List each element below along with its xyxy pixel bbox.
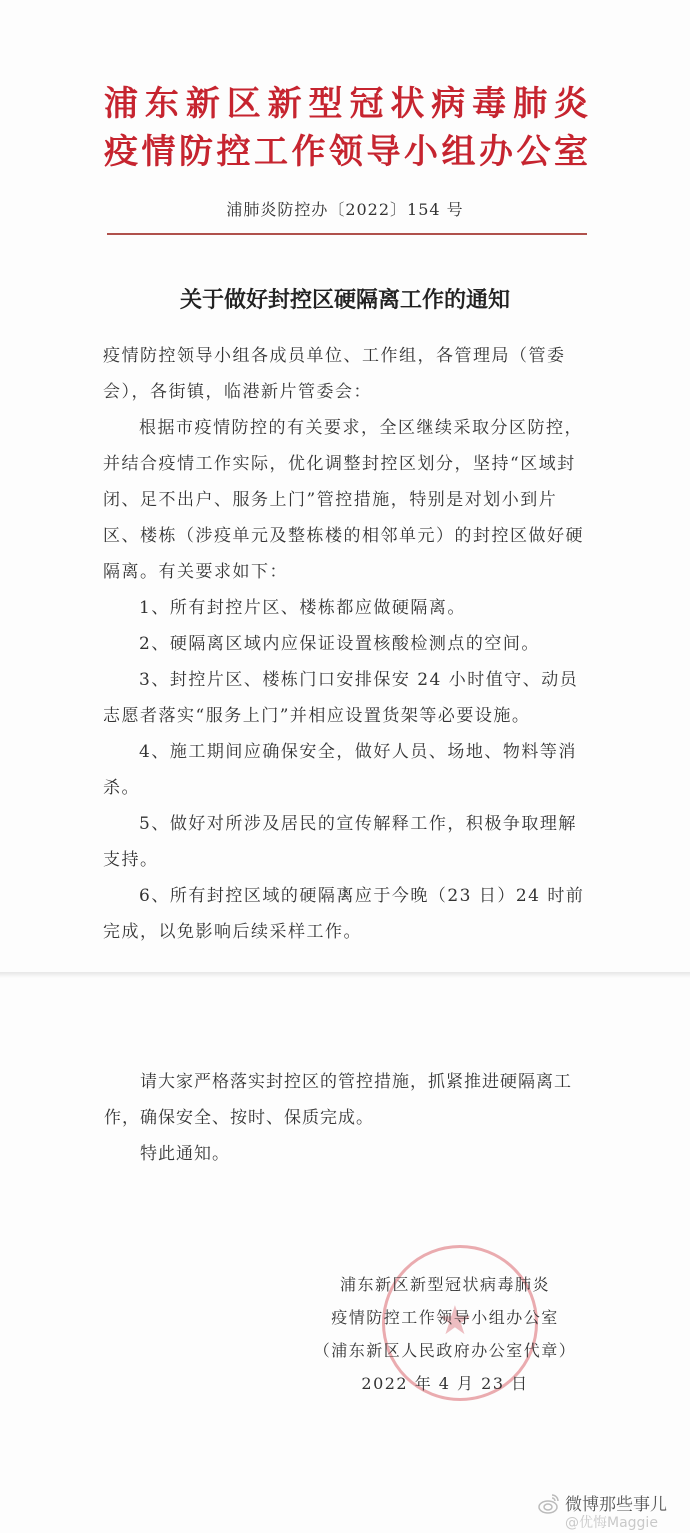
org-name-line1: 浦东新区新型冠状病毒肺炎 xyxy=(104,84,590,124)
page-number: 1 xyxy=(0,887,690,900)
page-break-divider xyxy=(0,972,690,978)
requirement-item: 5、做好对所涉及居民的宣传解释工作，积极争取理解支持。 xyxy=(103,806,589,878)
page2-body: 请大家严格落实封控区的管控措施，抓紧推进硬隔离工作，确保安全、按时、保质完成。 … xyxy=(104,1064,590,1172)
intro-paragraph: 根据市疫情防控的有关要求，全区继续采取分区防控，并结合疫情工作实际，优化调整封控… xyxy=(103,410,589,590)
signature-date: 2022 年 4 月 23 日 xyxy=(300,1367,590,1400)
requirement-item: 2、硬隔离区域内应保证设置核酸检测点的空间。 xyxy=(103,626,589,662)
document-number: 浦肺炎防控办〔2022〕154 号 xyxy=(0,197,690,220)
requirement-item: 1、所有封控片区、楼栋都应做硬隔离。 xyxy=(103,590,589,626)
header-divider xyxy=(107,233,587,235)
org-name-line2: 疫情防控工作领导小组办公室 xyxy=(104,132,590,172)
requirement-item: 3、封控片区、楼栋门口安排保安 24 小时值守、动员志愿者落实“服务上门”并相应… xyxy=(103,662,589,734)
signature-line2: 疫情防控工作领导小组办公室 xyxy=(300,1301,590,1334)
addressee: 疫情防控领导小组各成员单位、工作组，各管理局（管委会），各街镇，临港新片管委会： xyxy=(103,338,589,410)
watermark-handle: @优悔Maggie xyxy=(565,1512,658,1532)
document-title: 关于做好封控区硬隔离工作的通知 xyxy=(0,283,690,314)
closing-paragraph: 请大家严格落实封控区的管控措施，抓紧推进硬隔离工作，确保安全、按时、保质完成。 xyxy=(104,1064,590,1136)
signature-line3: （浦东新区人民政府办公室代章） xyxy=(300,1334,590,1367)
page1-body: 疫情防控领导小组各成员单位、工作组，各管理局（管委会），各街镇，临港新片管委会：… xyxy=(103,338,589,950)
requirement-item: 4、施工期间应确保安全，做好人员、场地、物料等消杀。 xyxy=(103,734,589,806)
signature-block: 浦东新区新型冠状病毒肺炎 疫情防控工作领导小组办公室 （浦东新区人民政府办公室代… xyxy=(300,1268,590,1400)
weibo-logo-icon xyxy=(537,1492,561,1516)
signature-line1: 浦东新区新型冠状病毒肺炎 xyxy=(300,1268,590,1301)
notice-line: 特此通知。 xyxy=(104,1136,590,1172)
